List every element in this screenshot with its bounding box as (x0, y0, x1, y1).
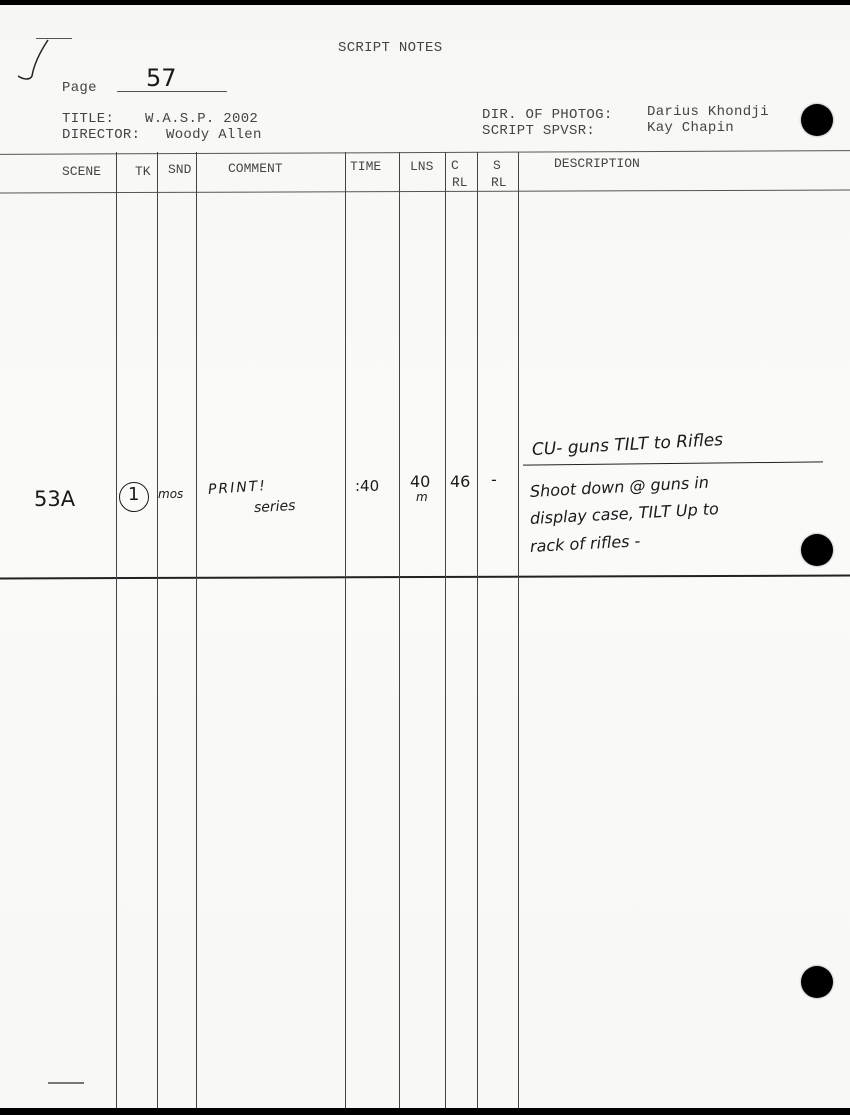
supervisor-label: SCRIPT SPVSR: (482, 123, 595, 139)
column-divider (399, 152, 400, 1108)
form-title: SCRIPT NOTES (338, 40, 442, 56)
header-time: TIME (350, 159, 381, 174)
lens-value: 40 (410, 472, 430, 491)
lens-unit: m (416, 490, 428, 504)
header-tk: TK (135, 164, 151, 179)
page-number: 57 (146, 64, 177, 92)
column-divider (345, 152, 346, 1108)
page-label: Page (62, 80, 97, 96)
punch-hole-middle (801, 534, 833, 566)
take-number: 1 (128, 484, 139, 505)
director-value: Woody Allen (166, 127, 262, 143)
check-mark-icon (14, 38, 74, 83)
column-divider (518, 152, 519, 1108)
supervisor-value: Kay Chapin (647, 120, 734, 136)
scene-number: 53A (34, 487, 75, 511)
director-label: DIRECTOR: (62, 127, 140, 143)
header-comment: COMMENT (228, 161, 283, 176)
header-lns: LNS (410, 159, 433, 174)
comment-series: series (254, 498, 296, 516)
sound-value: mos (158, 487, 183, 501)
header-srl-top: S (493, 158, 501, 173)
title-label: TITLE: (62, 111, 114, 127)
header-srl-bottom: RL (491, 175, 507, 190)
title-value: W.A.S.P. 2002 (145, 111, 258, 127)
header-snd: SND (168, 162, 191, 177)
column-divider (445, 152, 446, 1108)
dop-value: Darius Khondji (647, 104, 769, 120)
time-value: :40 (355, 477, 379, 495)
punch-hole-bottom (801, 966, 833, 998)
header-description: DESCRIPTION (554, 156, 640, 171)
dop-label: DIR. OF PHOTOG: (482, 107, 613, 123)
scan-border-bottom (0, 1108, 850, 1115)
header-scene: SCENE (62, 164, 101, 179)
column-divider (116, 152, 117, 1108)
punch-hole-top (801, 104, 833, 136)
camera-roll-value: 46 (450, 472, 470, 491)
column-divider (477, 152, 478, 1108)
column-divider (196, 152, 197, 1108)
sound-roll-value: - (491, 470, 497, 489)
margin-mark (48, 1082, 84, 1084)
header-crl-top: C (451, 158, 459, 173)
header-crl-bottom: RL (452, 175, 468, 190)
column-divider (157, 152, 158, 1108)
